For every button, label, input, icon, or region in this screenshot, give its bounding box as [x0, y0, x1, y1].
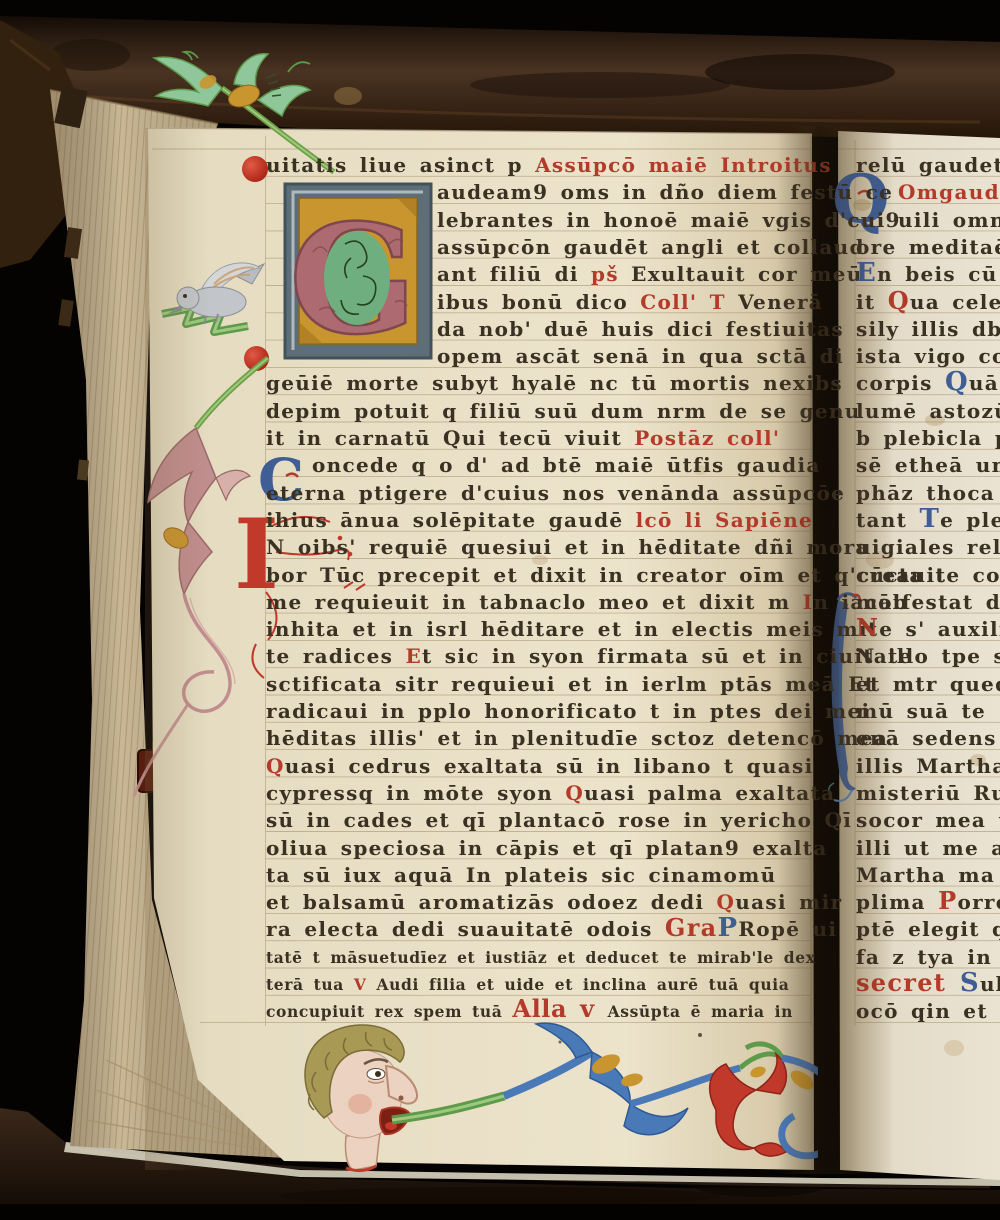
text-segment: et balsamū aromatizās odoez dedi [266, 890, 717, 914]
text-segment: ptē elegit q [856, 917, 1000, 941]
text-line: b plebicla pys [856, 425, 1000, 452]
text-line: uili omn [898, 207, 1000, 234]
text-line: ore meditaē R [856, 234, 1000, 261]
text-segment: N [856, 613, 879, 642]
text-line: assūpcōn gaudēt angli et collaud [437, 234, 865, 261]
text-segment: Omgaudē [898, 180, 1000, 204]
text-line: lumē astozū i [856, 398, 1000, 425]
text-line: uitatis liue asinct p Assūpcō maiē Intro… [266, 152, 832, 179]
text-segment: illi ut me ad [856, 836, 1000, 860]
text-line: sū in cades et qī plantacō rose in yeric… [266, 807, 852, 834]
text-line: fa z tya in l [856, 944, 1000, 971]
text-segment: Q [266, 754, 285, 778]
text-segment: illis Martha [856, 754, 1000, 778]
text-line: inhita et in isrl hēditare et in electis… [266, 616, 878, 643]
text-line: cypressq in mōte syon Quasi palma exalta… [266, 780, 835, 807]
text-segment: opem ascāt senā in qua sctā di [437, 344, 844, 368]
text-line: radicaui in pplo honorificato t in ptes … [266, 698, 870, 725]
text-line: it in carnatū Qui tecū viuit Postāz coll… [266, 425, 780, 452]
text-line: lebrantes in honoē maiē vgis d'cui9 [437, 207, 901, 234]
text-segment: māifestat duo [856, 590, 1000, 614]
bird-icon [158, 248, 278, 343]
text-line: oncede q o d' ad btē maiē ūtfis gaudia [312, 452, 821, 479]
text-segment: b plebicla pys [856, 426, 1000, 450]
text-segment: P [718, 913, 739, 943]
text-segment: mū suā te [856, 699, 986, 723]
text-segment: uigiales relico [856, 535, 1000, 559]
text-segment: ub [980, 972, 1000, 996]
text-segment: depim potuit q filiū suū dum nrm de se g… [266, 399, 861, 423]
text-line: ista vigo colit [856, 343, 1000, 370]
text-line: ibus bonū dico Coll' T Venerā [437, 289, 823, 316]
text-segment: hēditas illis' et in plenitudīe sctoz de… [266, 726, 888, 750]
text-segment: Coll' T [640, 290, 738, 314]
text-segment: lebrantes in honoē maiē vgis d'cui9 [437, 208, 901, 232]
text-segment: cūcta te cordib [856, 563, 1000, 587]
text-segment: uasi palma exaltata [584, 781, 835, 805]
text-line: oliua speciosa in cāpis et qī platan9 ex… [266, 835, 828, 862]
text-segment: N oibs' requiē quesiui et in hēditate dñ… [266, 535, 870, 559]
text-segment: fa z tya in l [856, 945, 1000, 969]
text-segment: pš [591, 262, 631, 286]
text-line: sily illis dbitos [856, 316, 1000, 343]
text-line: Ne s' auxiliū [856, 616, 1000, 643]
text-segment: Venerā [738, 290, 823, 314]
text-line: me requieuit in tabnaclo meo et dixit m … [266, 589, 908, 616]
text-segment: secret [856, 968, 960, 997]
text-segment: orro [957, 890, 1000, 914]
text-segment: phāz thoca [856, 481, 995, 505]
text-line: ant filiū di pš Exultauit cor meū [437, 261, 863, 288]
text-segment: uā s [969, 371, 1000, 395]
text-segment: t sic in syon firmata sū et in ciuitate [422, 644, 913, 668]
text-segment: lcō li Sapiēne [636, 508, 813, 532]
text-segment: ant filiū di [437, 262, 591, 286]
text-line: ihius ānua solēpitate gaudē lcō li Sapiē… [266, 507, 813, 534]
text-line: da nob' duē huis dici festiuitas [437, 316, 844, 343]
text-line: relū gaudet ex [856, 152, 1000, 179]
text-segment: geūiē morte subyt hyalē nc tū mortis nex… [266, 371, 843, 395]
text-line: misteriū Ru [856, 780, 1000, 807]
text-segment: Postāz coll' [634, 426, 780, 450]
text-segment: enā sedens s [856, 726, 1000, 750]
text-segment: audeam9 oms in dño diem festū ce [437, 180, 893, 204]
text-segment: uitatis liue asinct p [266, 153, 535, 177]
text-segment: concupiuit rex spem tuā [266, 1002, 512, 1021]
text-segment: Alla v [512, 994, 607, 1023]
text-segment: ibus bonū dico [437, 290, 640, 314]
text-segment: ihius ānua solēpitate gaudē [266, 508, 636, 532]
text-line: illi ut me ad [856, 835, 1000, 862]
text-segment: Q [888, 286, 910, 315]
text-segment: uili omn [898, 208, 1000, 232]
text-line: cūcta te cordib [856, 562, 1000, 589]
text-line: et mtr qued [856, 671, 1000, 698]
text-line: ta sū iux aquā In plateis sic cinamomū [266, 862, 776, 889]
text-segment: it [856, 290, 888, 314]
illuminated-initial-G: G [283, 182, 433, 360]
text-segment: oliua speciosa in cāpis et qī platan9 ex… [266, 836, 828, 860]
text-line: concupiuit rex spem tuā Alla v Assūpta ē… [266, 998, 793, 1025]
manuscript-photo: G C I [0, 0, 1000, 1220]
text-line: ocō qin et si [856, 998, 1000, 1025]
text-line: tant Te ple [856, 507, 1000, 534]
text-segment: S [960, 968, 980, 998]
text-segment: assūpcōn gaudēt angli et collaud [437, 235, 865, 259]
text-segment: da nob' duē huis dici festiuitas [437, 317, 844, 341]
text-segment: ocō qin et si [856, 999, 1000, 1023]
text-segment: tatē t māsuetudīez et iustiāz et deducet… [266, 948, 816, 967]
text-segment: et mtr qued [856, 672, 1000, 696]
text-line: mū suā te [856, 698, 986, 725]
text-segment: cypressq in mōte syon [266, 781, 565, 805]
text-segment: n beis cū q [877, 262, 1000, 286]
text-segment: Audi filia et uide et inclina aurē tuā q… [377, 975, 790, 994]
text-segment: ua celeb [910, 290, 1000, 314]
text-segment: sily illis dbitos [856, 317, 1000, 341]
text-line: plima Porro [856, 889, 1000, 916]
text-segment: lumē astozū i [856, 399, 1000, 423]
text-segment: N illo tpe s [856, 644, 1000, 668]
text-segment: ore meditaē [856, 235, 1000, 259]
text-segment: misteriū Ru [856, 781, 1000, 805]
text-segment: me requieuit in tabnaclo meo et dixit m [266, 590, 803, 614]
text-segment: P [938, 886, 957, 915]
text-segment: ra electa dedi suauitatē odois [266, 917, 665, 941]
text-segment: plima [856, 890, 938, 914]
text-line: geūiē morte subyt hyalē nc tū mortis nex… [266, 370, 843, 397]
text-line: depim potuit q filiū suū dum nrm de se g… [266, 398, 861, 425]
text-line: Omgaudē [898, 179, 1000, 206]
text-line: te radices Et sic in syon firmata sū et … [266, 643, 913, 670]
red-bud-ornament [242, 156, 268, 182]
text-segment: sē etheā una n [856, 453, 1000, 477]
text-segment: T [919, 504, 940, 534]
text-segment: Exultauit cor meū [631, 262, 862, 286]
text-line: tatē t māsuetudīez et iustiāz et deducet… [266, 944, 816, 971]
text-segment: Q [945, 367, 969, 397]
text-segment: ista vigo colit [856, 344, 1000, 368]
text-line: corpis Quā s [856, 370, 1000, 397]
text-segment: it in carnatū Qui tecū viuit [266, 426, 634, 450]
text-segment: ta sū iux aquā In plateis sic cinamomū [266, 863, 776, 887]
grotesque-head-scroll [288, 1010, 818, 1182]
text-segment: E [856, 258, 877, 288]
text-line: ra electa dedi suauitatē odois GraPRopē … [266, 916, 837, 943]
text-segment: e ple [940, 508, 1000, 532]
text-segment: corpis [856, 371, 945, 395]
text-segment: Assūpcō maiē Introitus [535, 153, 832, 177]
text-line: phāz thoca [856, 480, 995, 507]
text-segment: Ropē ui [738, 917, 837, 941]
text-segment: inhita et in isrl hēditare et in electis… [266, 617, 878, 641]
text-line: et balsamū aromatizās odoez dedi Quasi m… [266, 889, 842, 916]
text-line: ptē elegit q [856, 916, 1000, 943]
text-line: bor Tūc precepit et dixit in creator oīm… [266, 562, 946, 589]
text-line: it Qua celeb [856, 289, 1000, 316]
text-segment: E [405, 644, 422, 668]
text-line: Martha ma [856, 862, 995, 889]
text-segment: eterna ptigere d'cuius nos venānda assūp… [266, 481, 845, 505]
text-segment: te radices [266, 644, 405, 668]
text-line: illis Martha [856, 753, 1000, 780]
text-line: sctificata sitr requieui et in ierlm ptā… [266, 671, 875, 698]
text-line: audeam9 oms in dño diem festū ce [437, 179, 893, 206]
text-segment: Gra [665, 913, 718, 942]
text-segment: Assūpta ē maria in [608, 1002, 793, 1021]
text-line: Quasi cedrus exaltata sū in libano t qua… [266, 753, 814, 780]
text-segment: socor mea t [856, 808, 1000, 832]
text-segment: terā tua [266, 975, 354, 994]
text-segment: uasi cedrus exaltata sū in libano t quas… [285, 754, 814, 778]
text-segment: Q [565, 781, 584, 805]
text-segment: tant [856, 508, 919, 532]
text-segment: radicaui in pplo honorificato t in ptes … [266, 699, 870, 723]
text-segment: sū in cades et qī plantacō rose in yeric… [266, 808, 852, 832]
text-line: sē etheā una n [856, 452, 1000, 479]
text-segment: e s' auxiliū [879, 617, 1000, 641]
text-line: hēditas illis' et in plenitudīe sctoz de… [266, 725, 888, 752]
text-segment: sctificata sitr requieui et in ierlm ptā… [266, 672, 875, 696]
text-line: N illo tpe s [856, 643, 1000, 670]
text-line: eterna ptigere d'cuius nos venānda assūp… [266, 480, 845, 507]
text-line: secret Sub [856, 971, 1000, 998]
text-line: opem ascāt senā in qua sctā di [437, 343, 844, 370]
text-segment: I [803, 590, 814, 614]
text-segment: uasi mir [735, 890, 842, 914]
text-segment: Q [717, 890, 736, 914]
text-segment: bor Tūc precepit et dixit in creator oīm… [266, 563, 946, 587]
text-line: enā sedens s [856, 725, 1000, 752]
text-segment: relū gaudet ex [856, 153, 1000, 177]
text-line: N oibs' requiē quesiui et in hēditate dñ… [266, 534, 870, 561]
text-line: socor mea t [856, 807, 1000, 834]
text-line: uigiales relico [856, 534, 1000, 561]
text-segment: Martha ma [856, 863, 995, 887]
text-segment: V [354, 975, 377, 994]
text-segment: oncede q o d' ad btē maiē ūtfis gaudia [312, 453, 821, 477]
text-line: En beis cū q [856, 261, 1000, 288]
text-line: māifestat duo [856, 589, 1000, 616]
